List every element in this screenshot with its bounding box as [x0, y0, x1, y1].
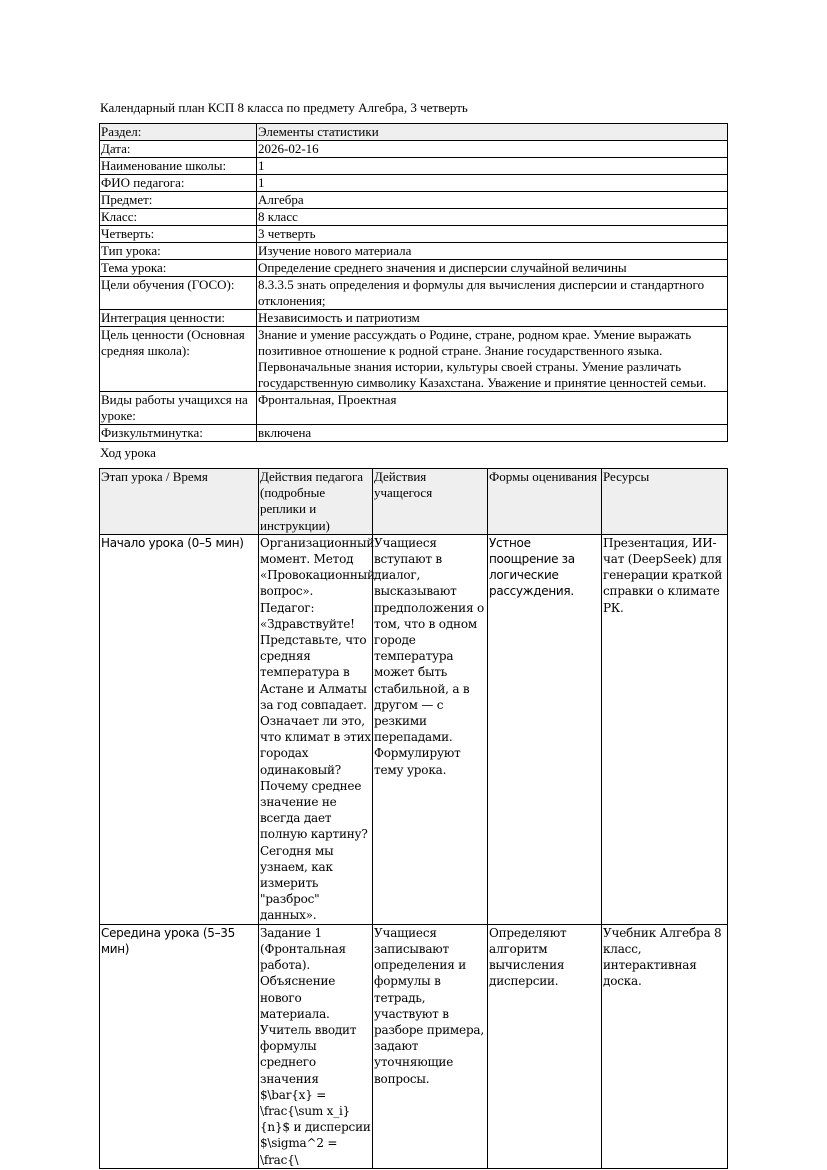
teacher-actions-cell: Организационный момент. Метод «Провокаци…: [259, 534, 373, 924]
lesson-flow-table: Этап урока / Время Действия педагога (по…: [99, 468, 728, 1169]
column-header-student-actions: Действия учащегося: [373, 469, 488, 535]
info-label: Наименование школы:: [100, 158, 257, 175]
teacher-actions-cell: Задание 1 (Фронтальная работа). Объяснен…: [259, 924, 373, 1168]
info-row-section: Раздел: Элементы статистики: [100, 124, 728, 141]
info-value: 2026-02-16: [257, 141, 728, 158]
info-label: Виды работы учащихся на уроке:: [100, 392, 257, 425]
info-row-school: Наименование школы: 1: [100, 158, 728, 175]
info-row-grade: Класс: 8 класс: [100, 209, 728, 226]
table-row: Начало урока (0–5 мин) Организационный м…: [100, 534, 728, 924]
info-label: Дата:: [100, 141, 257, 158]
info-label: ФИО педагога:: [100, 175, 257, 192]
table-row: Середина урока (5–35 мин) Задание 1 (Фро…: [100, 924, 728, 1168]
info-label: Четверть:: [100, 226, 257, 243]
info-label: Цели обучения (ГОСО):: [100, 277, 257, 310]
info-label: Класс:: [100, 209, 257, 226]
info-label: Предмет:: [100, 192, 257, 209]
info-row-quarter: Четверть: 3 четверть: [100, 226, 728, 243]
info-label: Тип урока:: [100, 243, 257, 260]
info-value: Определение среднего значения и дисперси…: [257, 260, 728, 277]
column-header-stage: Этап урока / Время: [100, 469, 259, 535]
info-value: Элементы статистики: [257, 124, 728, 141]
stage-cell: Начало урока (0–5 мин): [100, 534, 259, 924]
info-row-lesson-topic: Тема урока: Определение среднего значени…: [100, 260, 728, 277]
info-value: 8 класс: [257, 209, 728, 226]
info-label: Интеграция ценности:: [100, 310, 257, 327]
info-value: включена: [257, 425, 728, 442]
info-label: Цель ценности (Основная средняя школа):: [100, 327, 257, 392]
info-row-date: Дата: 2026-02-16: [100, 141, 728, 158]
column-header-assessment: Формы оценивания: [488, 469, 602, 535]
student-actions-cell: Учащиеся вступают в диалог, высказывают …: [373, 534, 488, 924]
info-row-work-types: Виды работы учащихся на уроке: Фронтальн…: [100, 392, 728, 425]
info-value: 1: [257, 175, 728, 192]
lesson-flow-header-row: Этап урока / Время Действия педагога (по…: [100, 469, 728, 535]
info-value: 3 четверть: [257, 226, 728, 243]
student-actions-cell: Учащиеся записывают определения и формул…: [373, 924, 488, 1168]
info-row-teacher: ФИО педагога: 1: [100, 175, 728, 192]
info-value: Фронтальная, Проектная: [257, 392, 728, 425]
stage-cell: Середина урока (5–35 мин): [100, 924, 259, 1168]
lesson-info-table: Раздел: Элементы статистики Дата: 2026-0…: [99, 123, 728, 442]
column-header-resources: Ресурсы: [602, 469, 728, 535]
info-row-value-integration: Интеграция ценности: Независимость и пат…: [100, 310, 728, 327]
info-row-learning-goals: Цели обучения (ГОСО): 8.3.3.5 знать опре…: [100, 277, 728, 310]
info-row-subject: Предмет: Алгебра: [100, 192, 728, 209]
info-row-lesson-type: Тип урока: Изучение нового материала: [100, 243, 728, 260]
info-value: Независимость и патриотизм: [257, 310, 728, 327]
resources-cell: Презентация, ИИ-чат (DeepSeek) для генер…: [602, 534, 728, 924]
info-value: Знание и умение рассуждать о Родине, стр…: [257, 327, 728, 392]
info-value: Изучение нового материала: [257, 243, 728, 260]
column-header-teacher-actions: Действия педагога (подробные реплики и и…: [259, 469, 373, 535]
lesson-flow-heading: Ход урока: [100, 445, 156, 461]
info-label: Тема урока:: [100, 260, 257, 277]
resources-cell: Учебник Алгебра 8 класс, интерактивная д…: [602, 924, 728, 1168]
info-value: 8.3.3.5 знать определения и формулы для …: [257, 277, 728, 310]
info-label: Раздел:: [100, 124, 257, 141]
info-value: 1: [257, 158, 728, 175]
info-label: Физкультминутка:: [100, 425, 257, 442]
info-value: Алгебра: [257, 192, 728, 209]
assessment-cell: Устное поощрение за логические рассужден…: [488, 534, 602, 924]
assessment-cell: Определяют алгоритм вычисления дисперсии…: [488, 924, 602, 1168]
document-title: Календарный план КСП 8 класса по предмет…: [100, 100, 468, 116]
info-row-physical-break: Физкультминутка: включена: [100, 425, 728, 442]
info-row-value-goal: Цель ценности (Основная средняя школа): …: [100, 327, 728, 392]
